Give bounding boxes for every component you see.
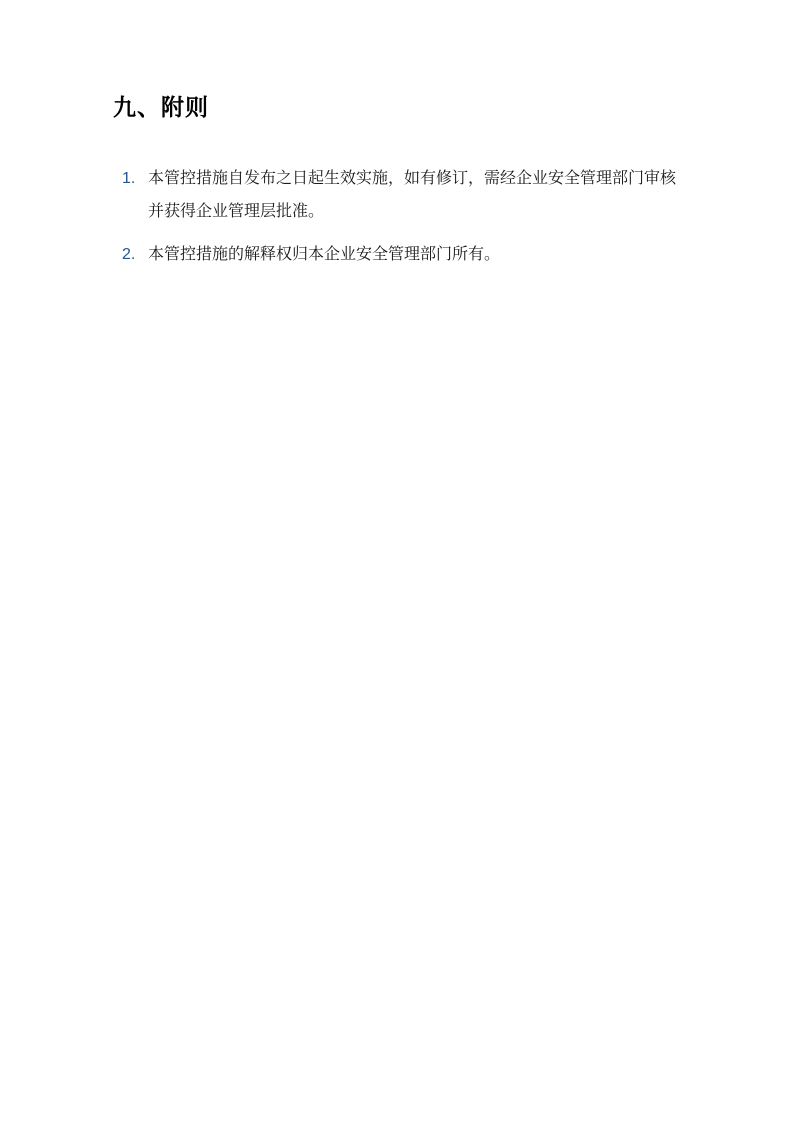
section-heading: 九、附则 [113, 94, 209, 123]
list-item: 1. 本管控措施自发布之日起生效实施，如有修订，需经企业安全管理部门审核并获得企… [122, 162, 688, 228]
list-text: 本管控措施自发布之日起生效实施，如有修订，需经企业安全管理部门审核并获得企业管理… [148, 162, 688, 228]
list-number: 2. [122, 238, 148, 271]
list-text: 本管控措施的解释权归本企业安全管理部门所有。 [148, 238, 688, 271]
list-number: 1. [122, 162, 148, 195]
numbered-list: 1. 本管控措施自发布之日起生效实施，如有修订，需经企业安全管理部门审核并获得企… [122, 162, 688, 281]
list-item: 2. 本管控措施的解释权归本企业安全管理部门所有。 [122, 238, 688, 271]
document-page: 九、附则 1. 本管控措施自发布之日起生效实施，如有修订，需经企业安全管理部门审… [0, 0, 793, 1122]
